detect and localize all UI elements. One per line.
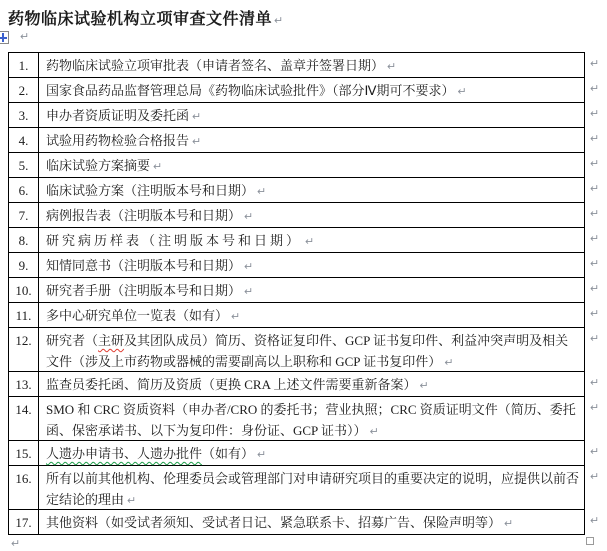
table-row: 17.其他资料（如受试者须知、受试者日记、紧急联系卡、招募广告、保险声明等）↵↵: [8, 510, 585, 535]
paragraph-mark-icon: ↵: [420, 380, 429, 392]
row-number-cell: 2.: [8, 78, 39, 102]
end-of-row-mark-icon: ↵: [590, 107, 599, 120]
document-item-text: 临床试验方案（注明版本号和日期）: [46, 183, 254, 198]
document-item-text: 国家食品药品监督管理总局《药物临床试验批件》（部分Ⅳ期可不要求）: [46, 83, 455, 98]
table-row: 2.国家食品药品监督管理总局《药物临床试验批件》（部分Ⅳ期可不要求）↵↵: [8, 78, 585, 103]
paragraph-mark-icon: ↵: [192, 136, 201, 148]
document-item-cell[interactable]: 监查员委托函、简历及资质（更换 CRA 上述文件需要重新备案）↵: [39, 372, 585, 396]
paragraph-mark-icon: ↵: [244, 261, 253, 273]
paragraph-mark-icon: ↵: [244, 286, 253, 298]
table-row: 15.人遗办申请书、人遗办批件（如有）↵↵: [8, 441, 585, 466]
row-number-cell: 14.: [8, 397, 39, 440]
document-item-text: 知情同意书（注明版本号和日期）: [46, 258, 241, 273]
document-item-cell[interactable]: 研究者（主研及其团队成员）简历、资格证复印件、GCP 证书复印件、利益冲突声明及…: [39, 328, 585, 371]
review-documents-table: 1.药物临床试验立项审批表（申请者签名、盖章并签署日期）↵↵2.国家食品药品监督…: [8, 52, 585, 535]
row-number-cell: 15.: [8, 441, 39, 465]
page-title: 药物临床试验机构立项审查文件清单↵: [8, 6, 283, 29]
table-move-handle-icon[interactable]: [0, 31, 9, 44]
table-row: 12.研究者（主研及其团队成员）简历、资格证复印件、GCP 证书复印件、利益冲突…: [8, 328, 585, 372]
paragraph-mark-icon: ↵: [192, 111, 201, 123]
end-of-row-mark-icon: ↵: [590, 376, 599, 389]
row-number-cell: 12.: [8, 328, 39, 371]
squiggly-underlined-text: 主研: [98, 333, 124, 348]
row-number-cell: 1.: [8, 53, 39, 77]
row-number-cell: 16.: [8, 466, 39, 509]
document-item-text: 多中心研究单位一览表（如有）: [46, 308, 228, 323]
document-item-text: 及其团队成员）简历、资格证复印件、GCP 证书复印件、利益冲突声明及相关文件（涉…: [46, 333, 568, 369]
row-number-cell: 8.: [8, 228, 39, 252]
page-title-text: 药物临床试验机构立项审查文件清单: [8, 11, 272, 28]
word-document-page: 药物临床试验机构立项审查文件清单↵ ↵ 1.药物临床试验立项审批表（申请者签名、…: [0, 0, 607, 551]
document-item-cell[interactable]: 其他资料（如受试者须知、受试者日记、紧急联系卡、招募广告、保险声明等）↵: [39, 510, 585, 534]
table-row: 3.申办者资质证明及委托函↵↵: [8, 103, 585, 128]
row-number-cell: 6.: [8, 178, 39, 202]
document-item-cell[interactable]: 试验用药物检验合格报告↵: [39, 128, 585, 152]
document-item-cell[interactable]: 药物临床试验立项审批表（申请者签名、盖章并签署日期）↵: [39, 53, 585, 77]
paragraph-mark-icon: ↵: [231, 311, 240, 323]
end-of-row-mark-icon: ↵: [590, 401, 599, 414]
document-item-cell[interactable]: 知情同意书（注明版本号和日期）↵: [39, 253, 585, 277]
row-number-cell: 3.: [8, 103, 39, 127]
end-of-row-mark-icon: ↵: [590, 514, 599, 527]
end-of-row-mark-icon: ↵: [590, 57, 599, 70]
end-of-row-mark-icon: ↵: [590, 282, 599, 295]
end-of-row-mark-icon: ↵: [590, 207, 599, 220]
table-row: 16.所有以前其他机构、伦理委员会或管理部门对申请研究项目的重要决定的说明，应提…: [8, 466, 585, 510]
document-item-text: 研究者（: [46, 333, 98, 348]
row-number-cell: 7.: [8, 203, 39, 227]
end-of-row-mark-icon: ↵: [590, 445, 599, 458]
end-of-row-mark-icon: ↵: [590, 332, 599, 345]
move-handle-cross-horizontal: [0, 37, 7, 39]
document-item-text: 监查员委托函、简历及资质（更换 CRA 上述文件需要重新备案）: [46, 377, 417, 392]
document-item-cell[interactable]: 研究者手册（注明版本号和日期）↵: [39, 278, 585, 302]
document-item-text: 临床试验方案摘要: [46, 158, 150, 173]
end-of-row-mark-icon: ↵: [590, 82, 599, 95]
end-of-row-mark-icon: ↵: [590, 157, 599, 170]
table-row: 4.试验用药物检验合格报告↵↵: [8, 128, 585, 153]
row-number-cell: 11.: [8, 303, 39, 327]
end-of-row-mark-icon: ↵: [590, 182, 599, 195]
paragraph-mark-icon: ↵: [370, 426, 379, 438]
end-of-row-mark-icon: ↵: [590, 132, 599, 145]
squiggly-underlined-text: 人遗办申请书、人遗办批件: [46, 446, 202, 461]
table-row: 8.研究病历样表（注明版本号和日期）↵↵: [8, 228, 585, 253]
row-number-cell: 5.: [8, 153, 39, 177]
document-item-text: 申办者资质证明及委托函: [46, 108, 189, 123]
document-item-cell[interactable]: SMO 和 CRC 资质资料（申办者/CRO 的委托书；营业执照；CRC 资质证…: [39, 397, 585, 440]
row-number-cell: 17.: [8, 510, 39, 534]
document-item-text: 研究者手册（注明版本号和日期）: [46, 283, 241, 298]
table-row: 7.病例报告表（注明版本号和日期）↵↵: [8, 203, 585, 228]
table-row: 5.临床试验方案摘要↵↵: [8, 153, 585, 178]
document-item-text: 试验用药物检验合格报告: [46, 133, 189, 148]
document-item-text: 所有以前其他机构、伦理委员会或管理部门对申请研究项目的重要决定的说明，应提供以前…: [46, 471, 579, 507]
document-item-text: 病例报告表（注明版本号和日期）: [46, 208, 241, 223]
table-row: 14.SMO 和 CRC 资质资料（申办者/CRO 的委托书；营业执照；CRC …: [8, 397, 585, 441]
table-row: 6.临床试验方案（注明版本号和日期）↵↵: [8, 178, 585, 203]
document-item-cell[interactable]: 研究病历样表（注明版本号和日期）↵: [39, 228, 585, 252]
row-number-cell: 13.: [8, 372, 39, 396]
document-item-cell[interactable]: 人遗办申请书、人遗办批件（如有）↵: [39, 441, 585, 465]
table-row: 10.研究者手册（注明版本号和日期）↵↵: [8, 278, 585, 303]
paragraph-mark-icon: ↵: [20, 30, 29, 43]
table-resize-handle[interactable]: [586, 537, 594, 545]
paragraph-mark-icon: ↵: [274, 15, 283, 27]
row-number-cell: 9.: [8, 253, 39, 277]
paragraph-mark-icon: ↵: [153, 161, 162, 173]
paragraph-mark-icon: ↵: [305, 236, 314, 248]
document-item-text: （如有）: [202, 446, 254, 461]
paragraph-mark-icon: ↵: [444, 357, 453, 369]
paragraph-mark-icon: ↵: [504, 518, 513, 530]
row-number-cell: 4.: [8, 128, 39, 152]
end-of-row-mark-icon: ↵: [590, 307, 599, 320]
document-item-text: SMO 和 CRC 资质资料（申办者/CRO 的委托书；营业执照；CRC 资质证…: [46, 402, 576, 438]
table-row: 11.多中心研究单位一览表（如有）↵↵: [8, 303, 585, 328]
document-item-text: 其他资料（如受试者须知、受试者日记、紧急联系卡、招募广告、保险声明等）: [46, 515, 501, 530]
document-item-cell[interactable]: 所有以前其他机构、伦理委员会或管理部门对申请研究项目的重要决定的说明，应提供以前…: [39, 466, 585, 509]
row-number-cell: 10.: [8, 278, 39, 302]
document-item-cell[interactable]: 多中心研究单位一览表（如有）↵: [39, 303, 585, 327]
document-item-cell[interactable]: 临床试验方案摘要↵: [39, 153, 585, 177]
table-row: 9.知情同意书（注明版本号和日期）↵↵: [8, 253, 585, 278]
paragraph-mark-icon: ↵: [257, 449, 266, 461]
end-of-row-mark-icon: ↵: [590, 470, 599, 483]
document-item-cell[interactable]: 病例报告表（注明版本号和日期）↵: [39, 203, 585, 227]
table-row: 1.药物临床试验立项审批表（申请者签名、盖章并签署日期）↵↵: [8, 53, 585, 78]
document-item-cell[interactable]: 国家食品药品监督管理总局《药物临床试验批件》（部分Ⅳ期可不要求）↵: [39, 78, 585, 102]
paragraph-mark-icon: ↵: [387, 61, 396, 73]
paragraph-mark-icon: ↵: [257, 186, 266, 198]
end-of-row-mark-icon: ↵: [590, 257, 599, 270]
paragraph-mark-icon: ↵: [11, 537, 20, 550]
end-of-row-mark-icon: ↵: [590, 232, 599, 245]
document-item-cell[interactable]: 申办者资质证明及委托函↵: [39, 103, 585, 127]
paragraph-mark-icon: ↵: [458, 86, 467, 98]
document-item-cell[interactable]: 临床试验方案（注明版本号和日期）↵: [39, 178, 585, 202]
document-item-text: 研究病历样表（注明版本号和日期）: [46, 233, 302, 248]
paragraph-mark-icon: ↵: [127, 495, 136, 507]
paragraph-mark-icon: ↵: [244, 211, 253, 223]
table-row: 13.监查员委托函、简历及资质（更换 CRA 上述文件需要重新备案）↵↵: [8, 372, 585, 397]
document-item-text: 药物临床试验立项审批表（申请者签名、盖章并签署日期）: [46, 58, 384, 73]
